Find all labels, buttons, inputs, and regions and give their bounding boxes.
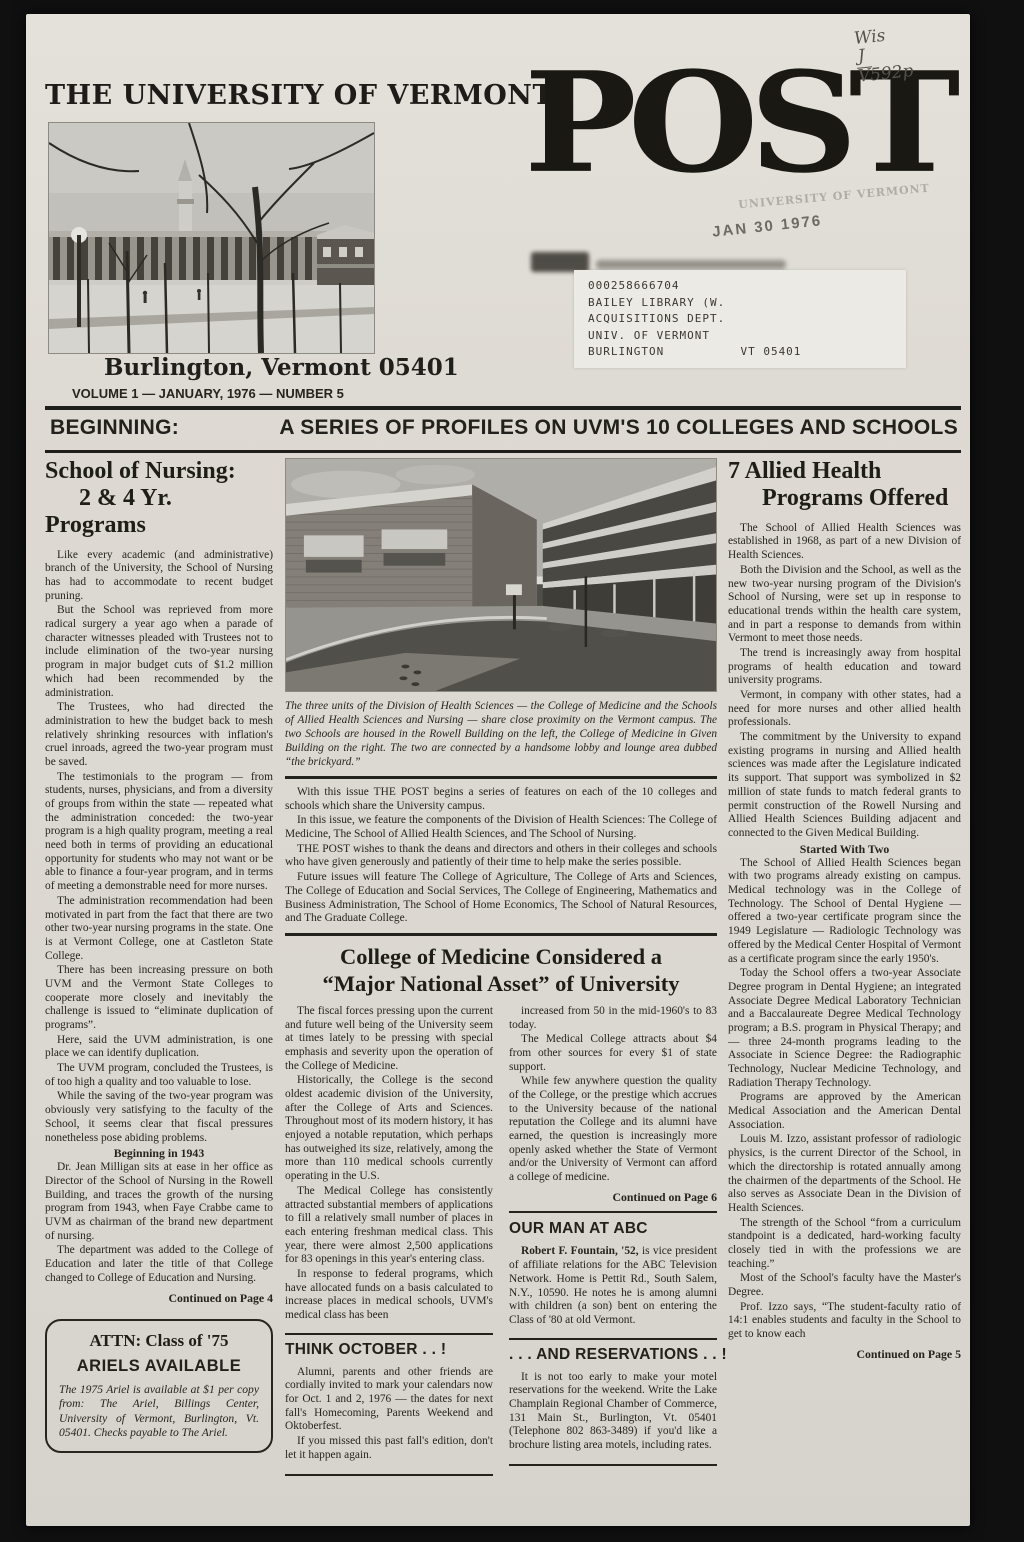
paragraph: But the School was reprieved from more r…	[45, 604, 273, 700]
mailing-label-line: 000258666704	[588, 278, 906, 295]
paragraph: The School of Allied Health Sciences was…	[728, 522, 961, 563]
medicine-article-columns: The fiscal forces pressing upon the curr…	[285, 1005, 717, 1476]
paragraph: Alumni, parents and other friends are co…	[285, 1366, 493, 1434]
paragraph: If you missed this past fall's edition, …	[285, 1435, 493, 1462]
reservations-heading: . . . AND RESERVATIONS . . !	[509, 1346, 717, 1364]
nursing-body: Like every academic (and administrative)…	[45, 549, 273, 1305]
paragraph: The testimonials to the program — from s…	[45, 771, 273, 894]
paragraph: The trend is increasingly away from hosp…	[728, 647, 961, 688]
medicine-headline: College of Medicine Considered a “Major …	[285, 943, 717, 997]
allied-subhead: Started With Two	[728, 842, 961, 856]
paragraph: The Medical College attracts about $4 fr…	[509, 1033, 717, 1074]
medicine-continued-note: Continued on Page 6	[509, 1190, 717, 1204]
ink-smudge	[531, 252, 589, 272]
paragraph: Future issues will feature The College o…	[285, 871, 717, 926]
newspaper-page: THE UNIVERSITY OF VERMONT POST Wis J V59…	[26, 14, 970, 1526]
think-october-heading: THINK OCTOBER . . !	[285, 1341, 493, 1359]
reservations-section: . . . AND RESERVATIONS . . ! It is not t…	[509, 1338, 717, 1466]
paragraph: Programs are approved by the American Me…	[728, 1091, 961, 1132]
paragraph: Like every academic (and administrative)…	[45, 549, 273, 604]
health-sciences-photo-art	[286, 459, 716, 691]
paragraph: Dr. Jean Milligan sits at ease in her of…	[45, 1161, 273, 1243]
masthead-city-line: Burlington, Vermont 05401	[104, 354, 459, 381]
medicine-column-left: The fiscal forces pressing upon the curr…	[285, 1005, 493, 1476]
paragraph: The strength of the School “from a curri…	[728, 1217, 961, 1272]
health-sciences-photo	[285, 458, 717, 692]
ariel-attn-line: ATTN: Class of '75	[59, 1331, 259, 1351]
banner-rule	[45, 450, 961, 453]
paragraph: In this issue, we feature the components…	[285, 814, 717, 841]
allied-headline-line2: Programs Offered	[728, 485, 961, 512]
mailing-label-line: BURLINGTON VT 05401	[588, 344, 906, 361]
medicine-headline-line1: College of Medicine Considered a	[285, 943, 717, 970]
our-man-at-abc-section: OUR MAN AT ABC Robert F. Fountain, '52, …	[509, 1220, 717, 1327]
banner-lead: BEGINNING:	[50, 416, 179, 440]
paragraph: The School of Allied Health Sciences beg…	[728, 857, 961, 967]
banner-rest: A SERIES OF PROFILES ON UVM'S 10 COLLEGE…	[279, 416, 958, 440]
paragraph: The department was added to the College …	[45, 1244, 273, 1285]
paragraph: Prof. Izzo says, “The student-faculty ra…	[728, 1301, 961, 1342]
divider-rule	[509, 1211, 717, 1214]
mailing-label-line: BAILEY LIBRARY (W.	[588, 295, 906, 312]
medicine-column-right: increased from 50 in the mid-1960's to 8…	[509, 1005, 717, 1476]
medicine-headline-line2: “Major National Asset” of University	[285, 970, 717, 997]
campus-winter-photo	[48, 122, 375, 354]
allied-continued-note: Continued on Page 5	[728, 1347, 961, 1361]
think-october-section: THINK OCTOBER . . ! Alumni, parents and …	[285, 1333, 493, 1476]
mailing-label-line: ACQUISITIONS DEPT.	[588, 311, 906, 328]
ariel-headline: ARIELS AVAILABLE	[59, 1357, 259, 1376]
paragraph: Louis M. Izzo, assistant professor of ra…	[728, 1133, 961, 1215]
paragraph: Most of the School's faculty have the Ma…	[728, 1272, 961, 1299]
paragraph: Here, said the UVM administration, is on…	[45, 1034, 273, 1061]
received-date-stamp: JAN 30 1976	[711, 212, 823, 240]
article-school-of-nursing: School of Nursing: 2 & 4 Yr. Programs Li…	[45, 458, 273, 1453]
article-allied-health: 7 Allied Health Programs Offered The Sch…	[728, 458, 961, 1361]
abc-heading: OUR MAN AT ABC	[509, 1220, 717, 1238]
banner-headline: BEGINNING: A SERIES OF PROFILES ON UVM'S…	[50, 416, 958, 440]
masthead-rule	[45, 406, 961, 410]
paragraph: Historically, the College is the second …	[285, 1074, 493, 1184]
paragraph: While the saving of the two-year program…	[45, 1090, 273, 1145]
paragraph: The administration recommendation had be…	[45, 895, 273, 963]
paragraph: The Trustees, who had directed the admin…	[45, 701, 273, 769]
abc-body-text: is vice president of affiliate relations…	[509, 1245, 717, 1325]
mailing-label-line: UNIV. OF VERMONT	[588, 328, 906, 345]
nursing-headline-line1: School of Nursing:	[45, 458, 236, 484]
series-intro: With this issue THE POST begins a series…	[285, 786, 717, 926]
masthead-volume-line: VOLUME 1 — JANUARY, 1976 — NUMBER 5	[72, 386, 344, 401]
nursing-subhead: Beginning in 1943	[45, 1146, 273, 1160]
handwritten-call-number: Wis J V592p	[854, 25, 915, 86]
allied-headline: 7 Allied Health Programs Offered	[728, 458, 961, 512]
nursing-continued-note: Continued on Page 4	[45, 1291, 273, 1305]
masthead-university-title: THE UNIVERSITY OF VERMONT	[45, 80, 553, 111]
allied-body: The School of Allied Health Sciences was…	[728, 522, 961, 1361]
divider-rule	[285, 776, 717, 779]
ink-smudge-streak	[596, 260, 786, 269]
ariel-body: The 1975 Ariel is available at $1 per co…	[59, 1383, 259, 1441]
nursing-headline-line2: 2 & 4 Yr. Programs	[45, 485, 273, 539]
divider-rule	[285, 933, 717, 936]
paragraph: Both the Division and the School, as wel…	[728, 564, 961, 646]
paragraph: The fiscal forces pressing upon the curr…	[285, 1005, 493, 1073]
paragraph: It is not too early to make your motel r…	[509, 1371, 717, 1453]
paragraph: The commitment by the University to expa…	[728, 731, 961, 841]
paragraph: THE POST wishes to thank the deans and d…	[285, 843, 717, 870]
allied-headline-line1: 7 Allied Health	[728, 458, 881, 484]
paragraph: The Medical College has consistently att…	[285, 1185, 493, 1267]
paragraph: With this issue THE POST begins a series…	[285, 786, 717, 813]
paragraph: There has been increasing pressure on bo…	[45, 964, 273, 1032]
paragraph: While few anywhere question the quality …	[509, 1075, 717, 1185]
paragraph: Today the School offers a two-year Assoc…	[728, 967, 961, 1090]
center-column: The three units of the Division of Healt…	[285, 458, 717, 1476]
mailing-label: 000258666704 BAILEY LIBRARY (W. ACQUISIT…	[574, 270, 906, 368]
paragraph: Robert F. Fountain, '52, is vice preside…	[509, 1245, 717, 1327]
paragraph: increased from 50 in the mid-1960's to 8…	[509, 1005, 717, 1032]
campus-winter-photo-art	[49, 123, 374, 353]
paragraph: The UVM program, concluded the Trustees,…	[45, 1062, 273, 1089]
ariel-notice-box: ATTN: Class of '75 ARIELS AVAILABLE The …	[45, 1319, 273, 1453]
paragraph: Vermont, in company with other states, h…	[728, 689, 961, 730]
nursing-headline: School of Nursing: 2 & 4 Yr. Programs	[45, 458, 273, 539]
paragraph: In response to federal programs, which h…	[285, 1268, 493, 1323]
photo-caption: The three units of the Division of Healt…	[285, 699, 717, 769]
abc-lead-name: Robert F. Fountain, '52,	[521, 1245, 639, 1257]
